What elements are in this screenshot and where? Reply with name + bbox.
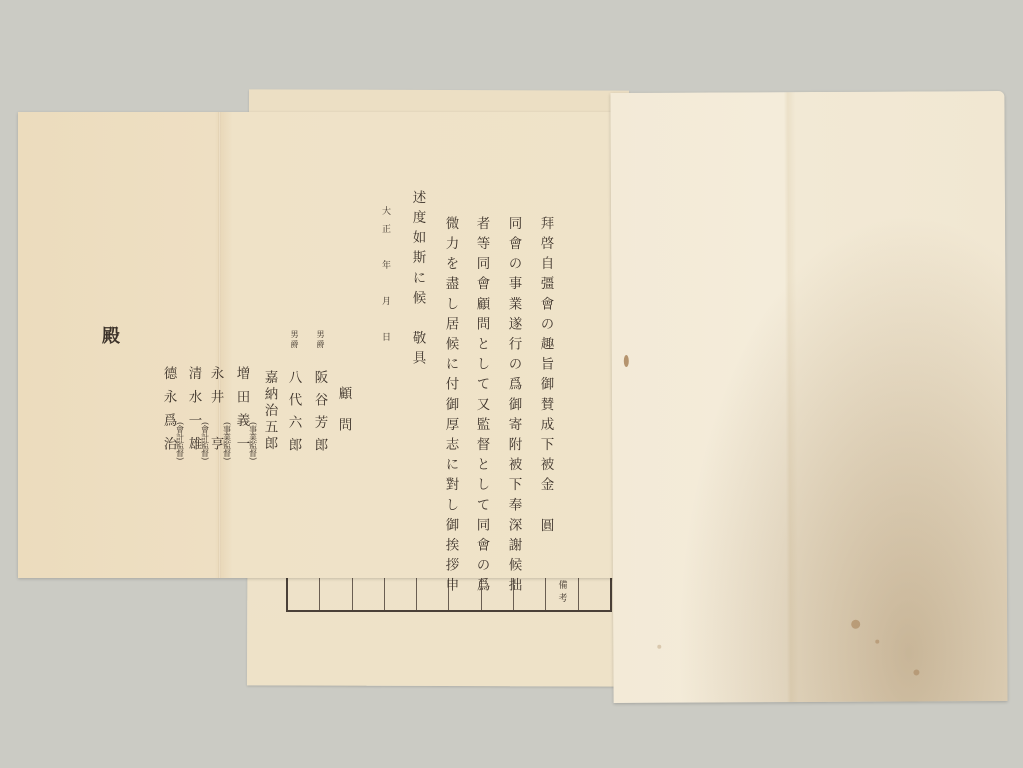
stain-mark: [913, 669, 919, 675]
stain-mark: [624, 355, 629, 367]
stain-mark: [657, 645, 661, 649]
ledger-cell: [353, 578, 385, 610]
signatory-name: 德永爲治: [161, 366, 175, 460]
ledger-cell-remarks: 備考: [546, 578, 578, 610]
date-line: 大正 年 月 日: [380, 206, 389, 350]
amount-unit: 圓: [538, 518, 552, 538]
addressee-suffix: 殿: [100, 326, 118, 351]
ledger-cell: [288, 578, 320, 610]
stain-mark: [875, 640, 879, 644]
signatory-role: (會計監督): [175, 422, 186, 460]
letter-line-1: 拜啓自彊會の趣旨御賛成下被金: [538, 216, 552, 497]
ledger-cell: [385, 578, 417, 610]
signatory-6: 清水一雄(會計監督): [186, 366, 211, 464]
signatory-name: 清水一雄: [186, 366, 200, 460]
signatory-role: (事業監督): [248, 422, 259, 460]
signatory-name: 增田義一: [234, 366, 248, 460]
signatory-title: 男爵: [290, 330, 298, 350]
letter-fold: [218, 112, 221, 578]
signatory-1: 男爵: [316, 330, 324, 350]
ledger-cell: [579, 578, 610, 610]
advisors-heading: 顧問: [336, 386, 350, 449]
signatory-4: 增田義一(事業監督): [234, 366, 259, 464]
signatory-7: 德永爲治(會計監督): [161, 366, 186, 464]
stain-mark: [851, 620, 860, 629]
signatory-role: (會計監督): [200, 422, 211, 460]
letter-line-5: 述度如斯に候 敬具: [410, 190, 424, 371]
signatory-name: 阪谷芳郎: [312, 370, 326, 460]
blank-cover-sheet: [610, 91, 1007, 703]
signatory-2: 男爵: [290, 330, 298, 350]
letter-line-2: 同會の事業遂行の爲御寄附被下奉深謝候拙: [506, 216, 520, 598]
signatory-title: 男爵: [316, 330, 324, 350]
remarks-label: 備考: [556, 580, 569, 606]
ledger-cell: [320, 578, 352, 610]
letter-line-3: 者等同會顧問として又監督として同會の爲: [474, 216, 488, 598]
signatory-role: (事業監督): [222, 422, 233, 460]
letter-line-4: 微力を盡し居候に付御厚志に對し御挨拶申: [443, 216, 457, 598]
photo-scene: 備考 拜啓自彊會の趣旨御賛成下被金 圓 同會の事業遂行の爲御寄附被下奉深謝候拙 …: [0, 0, 1023, 768]
signatory-name: 八代六郎: [286, 370, 300, 460]
signatory-5: 永井 亨(事業監督): [208, 366, 233, 464]
signatory-name: 嘉納治五郎: [262, 370, 276, 453]
